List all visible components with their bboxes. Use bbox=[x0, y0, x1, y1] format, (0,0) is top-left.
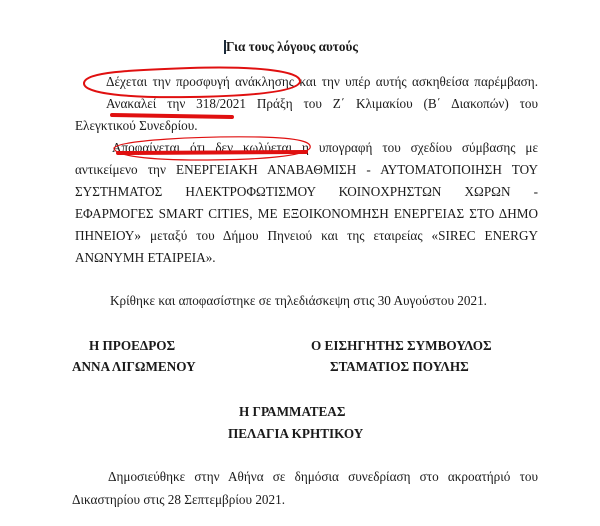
annotation-underline-revoke bbox=[112, 115, 232, 117]
publication-line2: Δικαστηρίου στις 28 Σεπτεμβρίου 2021. bbox=[72, 492, 285, 508]
decision-date: Κρίθηκε και αποφασίστηκε σε τηλεδιάσκεψη… bbox=[110, 293, 487, 309]
paragraph-ruling-line3: ΣΥΣΤΗΜΑΤΟΣ ΗΛΕΚΤΡΟΦΩΤΙΣΜΟΥ ΚΟΙΝΟΧΡΗΣΤΩΝ … bbox=[75, 184, 538, 200]
paragraph-accept-appeal: Δέχεται την προσφυγή ανάκλησης και την υ… bbox=[106, 74, 538, 90]
rapporteur-title: Ο ΕΙΣΗΓΗΤΗΣ ΣΥΜΒΟΥΛΟΣ bbox=[311, 338, 492, 354]
paragraph-ruling-line6: ΑΝΩΝΥΜΗ ΕΤΑΙΡΕΙΑ». bbox=[75, 250, 216, 266]
secretary-name: ΠΕΛΑΓΙΑ ΚΡΗΤΙΚΟΥ bbox=[228, 426, 363, 442]
paragraph-ruling-line1: Αποφαίνεται ότι δεν κωλύεται η υπογραφή … bbox=[112, 140, 538, 156]
president-name: ΑΝΝΑ ΛΙΓΩΜΕΝΟΥ bbox=[72, 359, 196, 375]
paragraph-revoke-line1: Ανακαλεί την 318/2021 Πράξη του Ζ΄ Κλιμα… bbox=[106, 96, 538, 112]
publication-line1: Δημοσιεύθηκε στην Αθήνα σε δημόσια συνεδ… bbox=[108, 469, 538, 485]
document-page: Για τους λόγους αυτούς Δέχεται την προσφ… bbox=[0, 0, 600, 526]
paragraph-ruling-line4: ΕΦΑΡΜΟΓΕΣ SMART CITIES, ΜΕ ΕΞΟΙΚΟΝΟΜΗΣΗ … bbox=[75, 206, 538, 222]
rapporteur-name: ΣΤΑΜΑΤΙΟΣ ΠΟΥΛΗΣ bbox=[330, 359, 469, 375]
president-title: Η ΠΡΟΕΔΡΟΣ bbox=[89, 338, 175, 354]
paragraph-revoke-line2: Ελεγκτικού Συνεδρίου. bbox=[75, 118, 198, 134]
secretary-title: Η ΓΡΑΜΜΑΤΕΑΣ bbox=[239, 404, 345, 420]
paragraph-ruling-line2: αντικείμενο την ΕΝΕΡΓΕΙΑΚΗ ΑΝΑΒΑΘΜΙΣΗ - … bbox=[75, 162, 538, 178]
paragraph-ruling-line5: ΠΗΝΕΙΟΥ» μεταξύ του Δήμου Πηνειού και τη… bbox=[75, 228, 538, 244]
section-heading: Για τους λόγους αυτούς bbox=[226, 39, 358, 55]
